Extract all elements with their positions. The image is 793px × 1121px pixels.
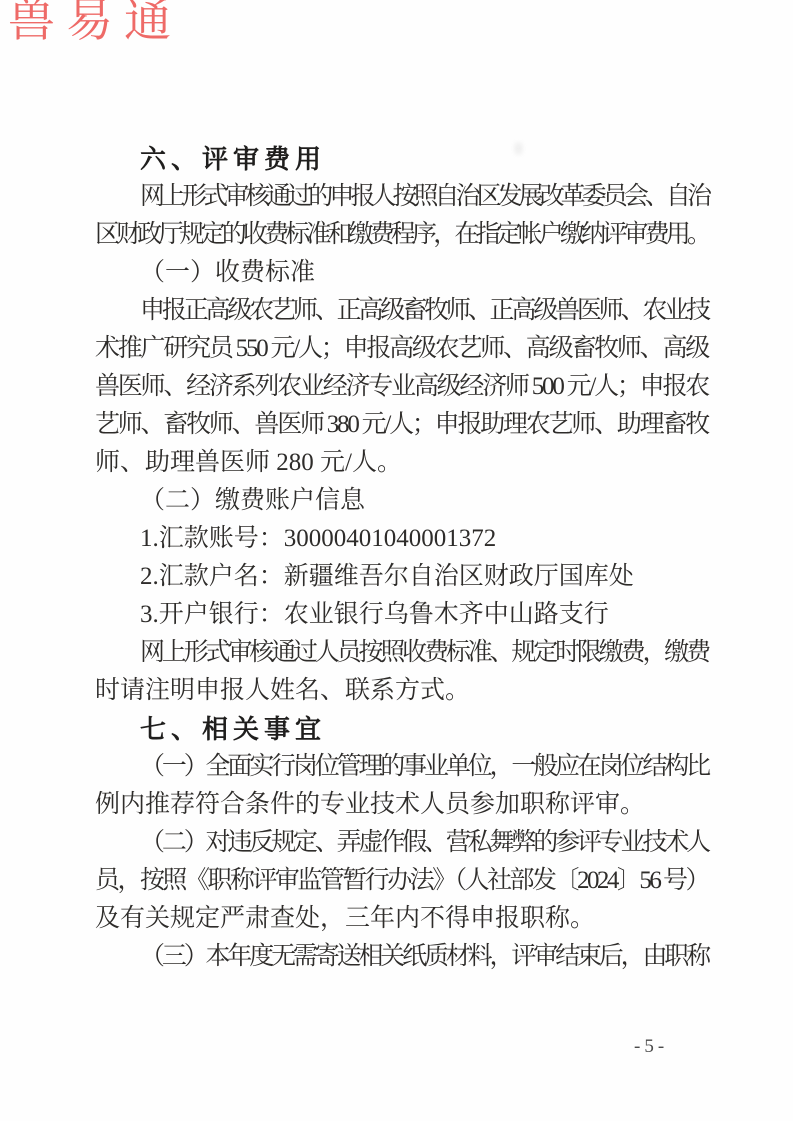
text-line: 艺师、畜牧师、兽医师 380 元/人；申报助理农艺师、助理畜牧 xyxy=(95,406,708,444)
text-line: 2.汇款户名：新疆维吾尔自治区财政厅国库处 xyxy=(95,558,708,596)
text-line: 师、助理兽医师 280 元/人。 xyxy=(95,444,708,482)
section-heading: 六、评审费用 xyxy=(95,140,708,178)
document-page: 兽易通 六、评审费用网上形式审核通过的申报人按照自治区发展改革委员会、自治区财政… xyxy=(0,0,793,1121)
text-line: 区财政厅规定的收费标准和缴费程序，在指定帐户缴纳评审费用。 xyxy=(95,216,708,254)
text-line: 兽医师、经济系列农业经济专业高级经济师 500 元/人；申报农 xyxy=(95,368,708,406)
text-line: 及有关规定严肃查处，三年内不得申报职称。 xyxy=(95,900,708,938)
text-line: 申报正高级农艺师、正高级畜牧师、正高级兽医师、农业技 xyxy=(95,292,708,330)
text-line: 术推广研究员 550 元/人；申报高级农艺师、高级畜牧师、高级 xyxy=(95,330,708,368)
text-line: 网上形式审核通过人员按照收费标准、规定时限缴费，缴费 xyxy=(95,634,708,672)
page-number: -5- xyxy=(634,1036,668,1058)
text-line: （二）缴费账户信息 xyxy=(95,482,708,520)
text-line: 员，按照《职称评审监管暂行办法》（人社部发〔2024〕56 号） xyxy=(95,862,708,900)
text-line: （三）本年度无需寄送相关纸质材料，评审结束后，由职称 xyxy=(95,938,708,976)
text-line: 1.汇款账号：30000401040001372 xyxy=(95,520,708,558)
watermark-logo: 兽易通 xyxy=(8,0,182,48)
text-line: 3.开户银行：农业银行乌鲁木齐中山路支行 xyxy=(95,596,708,634)
text-line: （一）收费标准 xyxy=(95,254,708,292)
text-line: 例内推荐符合条件的专业技术人员参加职称评审。 xyxy=(95,786,708,824)
text-line: 网上形式审核通过的申报人按照自治区发展改革委员会、自治 xyxy=(95,178,708,216)
document-body: 六、评审费用网上形式审核通过的申报人按照自治区发展改革委员会、自治区财政厅规定的… xyxy=(95,140,708,976)
section-heading: 七、相关事宜 xyxy=(95,710,708,748)
text-line: （一）全面实行岗位管理的事业单位，一般应在岗位结构比 xyxy=(95,748,708,786)
text-line: 时请注明申报人姓名、联系方式。 xyxy=(95,672,708,710)
text-line: （二）对违反规定、弄虚作假、营私舞弊的参评专业技术人 xyxy=(95,824,708,862)
